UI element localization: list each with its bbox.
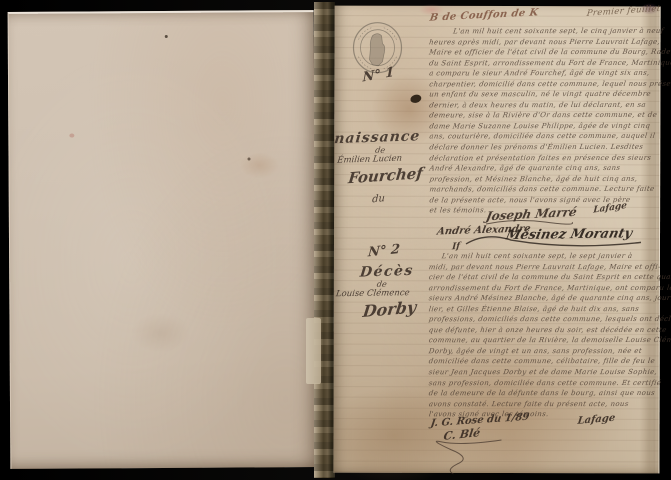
manuscript-line: a comparu le sieur André Fourchef, âgé d… bbox=[428, 68, 659, 79]
left-blank-page bbox=[8, 10, 317, 469]
act1-type-naissance: naissance bbox=[333, 128, 421, 147]
folio-label: Premier feuillet bbox=[586, 4, 661, 19]
manuscript-line: avons constaté. Lecture faite du présent… bbox=[428, 399, 659, 410]
manuscript-line: Maire et officier de l'état civil de la … bbox=[428, 47, 659, 58]
binding-repair-tape bbox=[306, 318, 321, 384]
manuscript-line: un enfant du sexe masculin, né le vingt … bbox=[429, 89, 660, 100]
manuscript-line: déclaration et présentation faites en pr… bbox=[429, 152, 660, 163]
right-manuscript-page: B de Couffon de K Premier feuillet N° 1 … bbox=[333, 6, 660, 474]
manuscript-line: demeure, sise à la Rivière d'Or dans cet… bbox=[429, 110, 660, 121]
act1-paraph: du bbox=[372, 193, 385, 205]
act2-type-deces: Décès bbox=[359, 263, 415, 281]
manuscript-line: L'an mil huit cent soixante sept, le cin… bbox=[428, 26, 659, 37]
manuscript-line: sieurs André Mésinez Blanche, âgé de qua… bbox=[428, 293, 659, 304]
signature-long-swash bbox=[464, 232, 644, 248]
header-inscription: B de Couffon de K bbox=[429, 7, 540, 24]
manuscript-line: L'an mil huit cent soixante sept, le sep… bbox=[428, 251, 659, 262]
manuscript-line: de la demeure de la défunte dans le bour… bbox=[428, 388, 659, 399]
manuscript-line: commune, au quartier de la Rivière, la d… bbox=[428, 335, 659, 346]
paper-stain bbox=[69, 134, 74, 138]
manuscript-line: midi, par devant nous Pierre Lauvrait La… bbox=[428, 262, 659, 273]
manuscript-line: sans profession, domiciliée dans cette c… bbox=[428, 378, 659, 389]
scanned-register-photo: B de Couffon de K Premier feuillet N° 1 … bbox=[0, 0, 671, 480]
ink-blob bbox=[410, 94, 423, 105]
manuscript-line: lier, et Gilles Étienne Blaise, âgé de h… bbox=[428, 304, 659, 315]
paper-stain bbox=[130, 313, 190, 353]
paper-speck bbox=[165, 35, 168, 38]
act1-surname-fourchef: Fourchef bbox=[347, 164, 423, 187]
book-binding-spine bbox=[314, 2, 335, 478]
act2-signature-lafage: Lafage bbox=[577, 413, 616, 427]
manuscript-line: déclare donner les prénoms d'Émilien Luc… bbox=[429, 142, 660, 153]
paraph-loop-flourish bbox=[431, 436, 511, 474]
manuscript-line: marchands, domiciliés dans cette commune… bbox=[429, 184, 660, 195]
paper-speck bbox=[248, 157, 251, 160]
paper-stain bbox=[239, 152, 279, 178]
act2-body-text: L'an mil huit cent soixante sept, le sep… bbox=[429, 251, 659, 420]
manuscript-line: heures après midi, par devant nous Pierr… bbox=[428, 36, 659, 47]
manuscript-line: André Alexandre, âgé de quarante cinq an… bbox=[429, 163, 660, 174]
manuscript-line: ans, couturière, domiciliée dans cette c… bbox=[429, 131, 660, 142]
manuscript-line: sieur Jean Jacques Dorby et de dame Mari… bbox=[428, 367, 659, 378]
manuscript-line: cier de l'état civil de la commune du Sa… bbox=[428, 272, 659, 283]
act1-body-text: L'an mil huit cent soixante sept, le cin… bbox=[429, 26, 659, 216]
act2-number: N° 2 bbox=[368, 242, 401, 260]
manuscript-line: domiciliée dans cette commune, célibatai… bbox=[428, 356, 659, 367]
act2-given-names: Louise Clémence bbox=[335, 288, 410, 299]
act2-surname-dorby: Dorby bbox=[362, 297, 418, 321]
act2-de: de bbox=[376, 280, 387, 289]
manuscript-line: arrondissement du Fort de France, Martin… bbox=[428, 283, 659, 294]
act1-given-names: Émilien Lucien bbox=[337, 154, 403, 166]
manuscript-line: que défunte, hier à onze heures du soir,… bbox=[428, 325, 659, 336]
manuscript-line: professions, domiciliés dans cette commu… bbox=[428, 314, 659, 325]
